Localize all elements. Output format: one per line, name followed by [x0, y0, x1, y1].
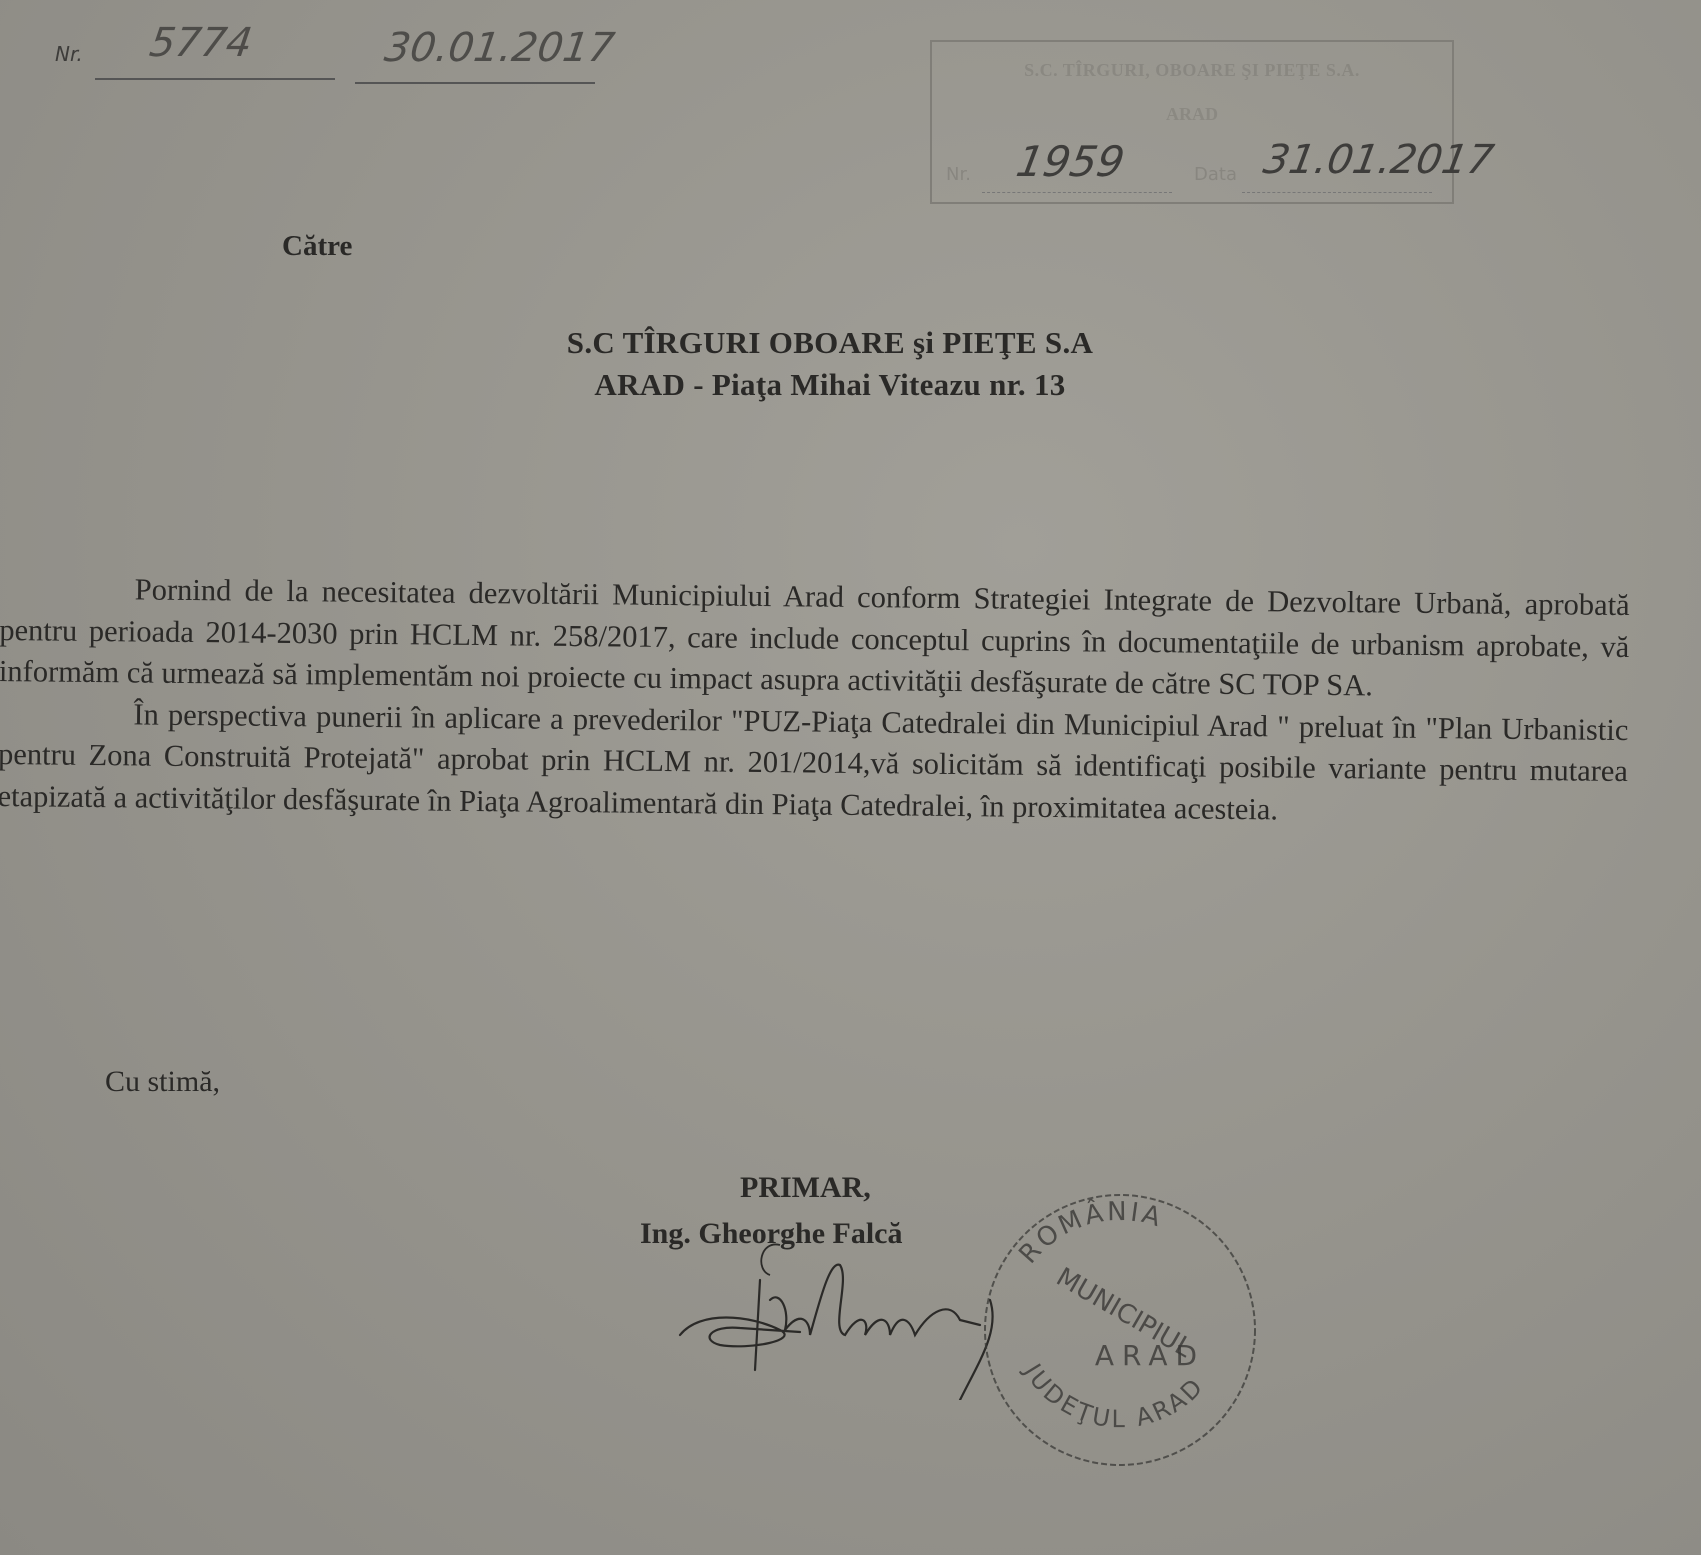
stamp-number-label: Nr.	[946, 164, 971, 185]
stamp-line	[982, 192, 1172, 193]
incoming-registration-stamp: S.C. TÎRGURI, OBOARE ŞI PIEŢE S.A. ARAD …	[930, 40, 1454, 204]
underline	[355, 82, 595, 84]
recipient-name: S.C TÎRGURI OBOARE şi PIEŢE S.A	[480, 322, 1180, 364]
stamp-date: 31.01.2017	[1260, 137, 1497, 183]
seal-center-text: ARAD	[1095, 1339, 1205, 1372]
stamp-date-label: Data	[1194, 164, 1237, 185]
seal-top-text: ROMÂNIA	[1013, 1196, 1166, 1270]
paragraph: Pornind de la necesitatea dezvoltării Mu…	[0, 568, 1630, 710]
stamp-number: 1959	[1013, 137, 1129, 186]
registration-date: 30.01.2017	[382, 25, 617, 71]
scanned-letter-page: Nr. 5774 30.01.2017 S.C. TÎRGURI, OBOARE…	[0, 0, 1701, 1555]
underline	[95, 78, 335, 80]
closing: Cu stimă,	[105, 1065, 220, 1099]
municipality-seal: ROMÂNIA MUNICIPIUL ARAD JUDEŢUL ARAD	[970, 1180, 1270, 1480]
letter-body: Pornind de la necesitatea dezvoltării Mu…	[0, 568, 1630, 834]
stamp-city: ARAD	[932, 104, 1452, 125]
stamp-organization: S.C. TÎRGURI, OBOARE ŞI PIEŢE S.A.	[932, 60, 1452, 81]
stamp-line	[1242, 192, 1432, 193]
registration-number-label: Nr.	[55, 42, 83, 66]
signer-title: PRIMAR,	[640, 1165, 903, 1211]
recipient-block: S.C TÎRGURI OBOARE şi PIEŢE S.A ARAD - P…	[480, 322, 1180, 406]
svg-text:ROMÂNIA: ROMÂNIA	[1013, 1196, 1166, 1270]
outgoing-registration: Nr. 5774 30.01.2017	[55, 20, 595, 70]
salutation-to: Către	[282, 230, 352, 263]
paragraph: În perspectiva punerii în aplicare a pre…	[0, 692, 1629, 834]
registration-number: 5774	[147, 20, 255, 66]
recipient-address: ARAD - Piaţa Mihai Viteazu nr. 13	[480, 364, 1180, 406]
